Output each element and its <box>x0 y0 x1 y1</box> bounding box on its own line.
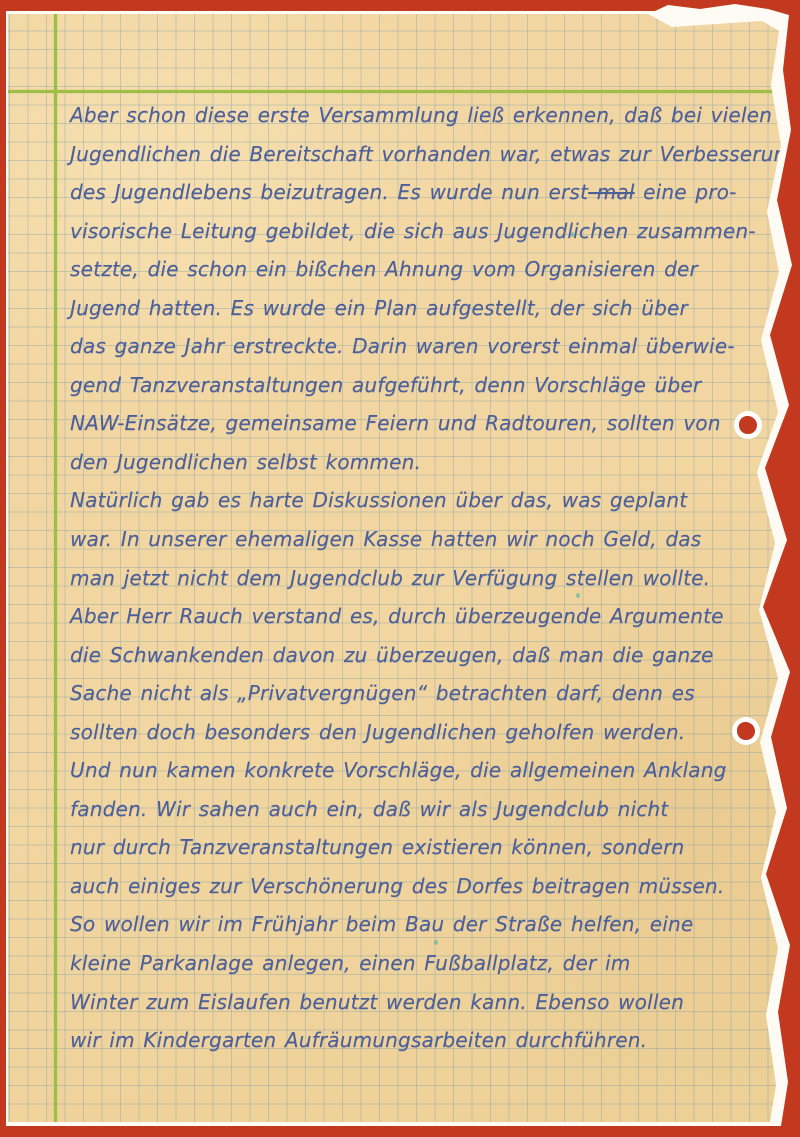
punch-hole-bottom <box>732 717 760 745</box>
ink-speck <box>570 232 574 237</box>
scan-background: Aber schon diese erste Versammlung ließ … <box>0 0 800 1137</box>
punch-hole-top <box>734 411 762 439</box>
handwritten-segment: das ganze Jahr erstreckte. Darin waren v… <box>70 334 735 358</box>
handwritten-line: nur durch Tanzveranstaltungen existieren… <box>70 835 770 874</box>
handwritten-segment: Natürlich gab es harte Diskussionen über… <box>70 488 687 512</box>
handwritten-segment: Und nun kamen konkrete Vorschläge, die a… <box>70 758 726 782</box>
handwritten-line: So wollen wir im Frühjahr beim Bau der S… <box>70 912 770 951</box>
handwritten-segment: NAW-Einsätze, gemeinsame Feiern und Radt… <box>70 411 721 435</box>
green-margin-line-vertical <box>54 14 57 1122</box>
handwritten-segment: setzte, die schon ein bißchen Ahnung vom… <box>70 257 698 281</box>
handwritten-line: NAW-Einsätze, gemeinsame Feiern und Radt… <box>70 411 770 450</box>
handwritten-segment: sollten doch besonders den Jugendlichen … <box>70 720 685 744</box>
handwritten-segment: gend Tanzveranstaltungen aufgeführt, den… <box>70 373 701 397</box>
handwritten-segment: den Jugendlichen selbst kommen. <box>70 450 421 474</box>
handwritten-line: man jetzt nicht dem Jugendclub zur Verfü… <box>70 566 770 605</box>
handwritten-line: visorische Leitung gebildet, die sich au… <box>70 219 770 258</box>
squared-paper-sheet: Aber schon diese erste Versammlung ließ … <box>0 0 800 1137</box>
handwritten-segment: fanden. Wir sahen auch ein, daß wir als … <box>70 797 668 821</box>
handwritten-segment: Sache nicht als „Privatvergnügen“ betrac… <box>70 681 695 705</box>
handwritten-segment: eine pro- <box>635 180 737 204</box>
handwritten-segment: So wollen wir im Frühjahr beim Bau der S… <box>70 912 693 936</box>
handwritten-line: Natürlich gab es harte Diskussionen über… <box>70 488 770 527</box>
handwritten-line: Und nun kamen konkrete Vorschläge, die a… <box>70 758 770 797</box>
handwritten-line: kleine Parkanlage anlegen, einen Fußball… <box>70 951 770 990</box>
handwritten-line: sollten doch besonders den Jugendlichen … <box>70 720 770 759</box>
handwritten-line: Jugendlichen die Bereitschaft vorhanden … <box>70 142 770 181</box>
handwritten-line: setzte, die schon ein bißchen Ahnung vom… <box>70 257 770 296</box>
handwritten-line: Winter zum Eislaufen benutzt werden kann… <box>70 990 770 1029</box>
handwritten-segment: auch einiges zur Verschönerung des Dorfe… <box>70 874 724 898</box>
handwritten-line: gend Tanzveranstaltungen aufgeführt, den… <box>70 373 770 412</box>
handwritten-segment: wir im Kindergarten Aufräumungsarbeiten … <box>70 1028 647 1052</box>
handwritten-line: Sache nicht als „Privatvergnügen“ betrac… <box>70 681 770 720</box>
handwritten-segment: die Schwankenden davon zu überzeugen, da… <box>70 643 714 667</box>
handwritten-segment: Aber schon diese erste Versammlung ließ … <box>70 103 772 127</box>
handwritten-segment: man jetzt nicht dem Jugendclub zur Verfü… <box>70 566 710 590</box>
handwritten-line: Aber schon diese erste Versammlung ließ … <box>70 103 770 142</box>
handwritten-line: wir im Kindergarten Aufräumungsarbeiten … <box>70 1028 770 1067</box>
handwritten-line: den Jugendlichen selbst kommen. <box>70 450 770 489</box>
ink-speck <box>434 940 438 945</box>
handwritten-segment: Jugendlichen die Bereitschaft vorhanden … <box>70 142 799 166</box>
handwritten-line: die Schwankenden davon zu überzeugen, da… <box>70 643 770 682</box>
handwritten-segment: Aber Herr Rauch verstand es, durch überz… <box>70 604 724 628</box>
handwritten-line: Jugend hatten. Es wurde ein Plan aufgest… <box>70 296 770 335</box>
handwritten-line: des Jugendlebens beizutragen. Es wurde n… <box>70 180 770 219</box>
handwritten-line: Aber Herr Rauch verstand es, durch überz… <box>70 604 770 643</box>
handwritten-segment: Jugend hatten. Es wurde ein Plan aufgest… <box>70 296 688 320</box>
green-margin-line-horizontal <box>8 90 778 93</box>
handwritten-line: war. In unserer ehemaligen Kasse hatten … <box>70 527 770 566</box>
handwritten-segment: kleine Parkanlage anlegen, einen Fußball… <box>70 951 630 975</box>
handwritten-line: das ganze Jahr erstreckte. Darin waren v… <box>70 334 770 373</box>
handwritten-segment: war. In unserer ehemaligen Kasse hatten … <box>70 527 701 551</box>
struck-word: mal <box>588 180 634 204</box>
handwritten-segment: des Jugendlebens beizutragen. Es wurde n… <box>70 180 588 204</box>
handwritten-text: Aber schon diese erste Versammlung ließ … <box>70 103 770 1067</box>
handwritten-segment: nur durch Tanzveranstaltungen existieren… <box>70 835 684 859</box>
handwritten-line: auch einiges zur Verschönerung des Dorfe… <box>70 874 770 913</box>
handwritten-segment: Winter zum Eislaufen benutzt werden kann… <box>70 990 684 1014</box>
ink-speck <box>576 593 580 598</box>
handwritten-segment: visorische Leitung gebildet, die sich au… <box>70 219 756 243</box>
handwritten-line: fanden. Wir sahen auch ein, daß wir als … <box>70 797 770 836</box>
